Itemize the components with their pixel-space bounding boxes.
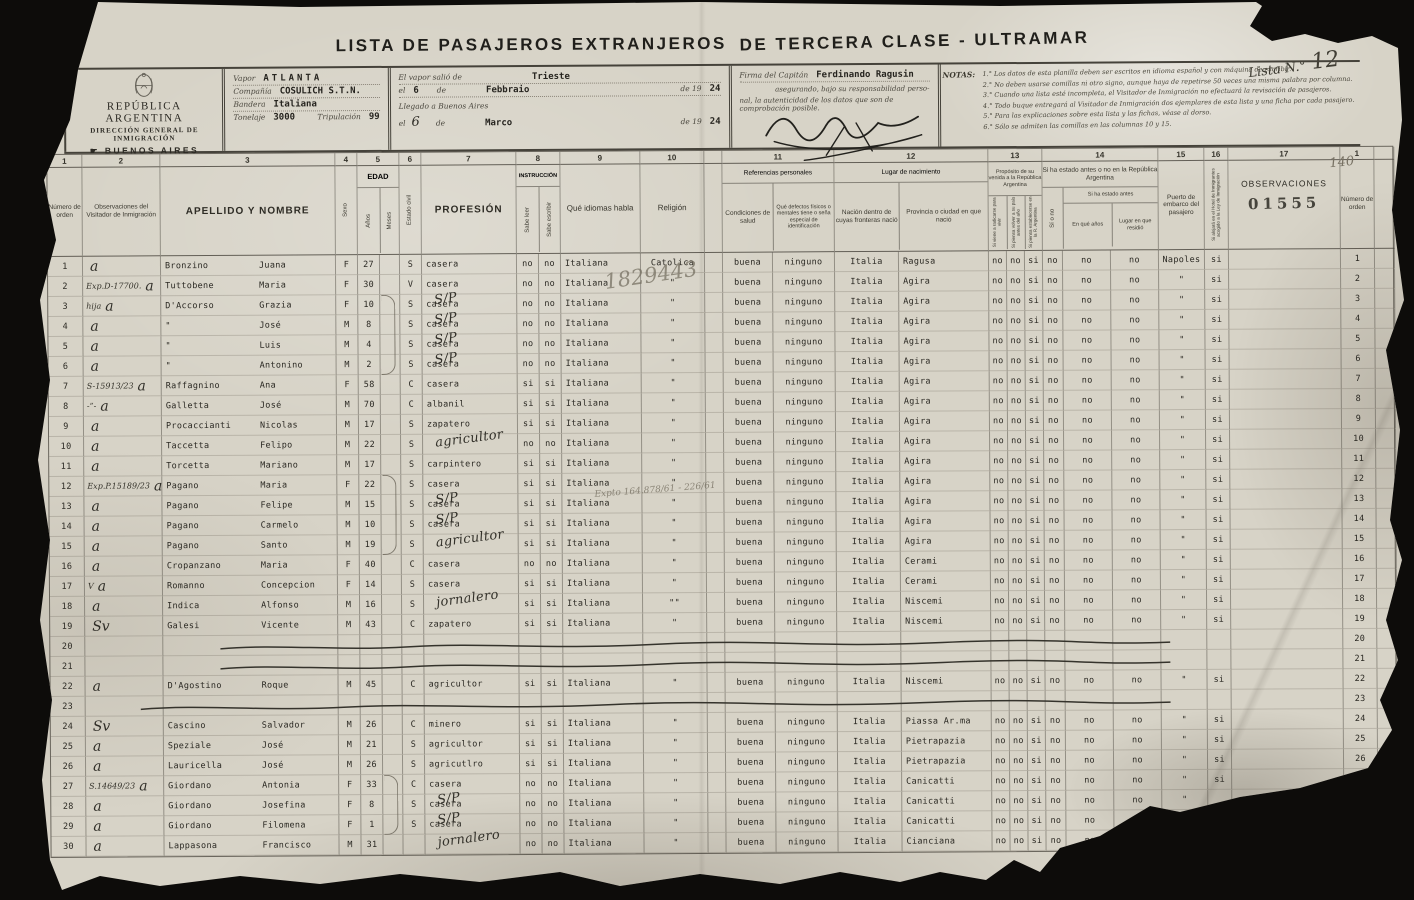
cell-observaciones-17 (1230, 409, 1342, 430)
cell-defectos: ninguno (776, 712, 838, 732)
cell-observaciones: a (86, 736, 164, 756)
cell-meses (383, 695, 403, 715)
cell-religion: " (642, 453, 706, 473)
cell-salud: buena (724, 493, 774, 513)
cell-salud: buena (724, 413, 774, 433)
cell-sexo: M (337, 495, 359, 515)
cell-observaciones: a (86, 816, 164, 836)
cell-profesion: zapatero (424, 614, 519, 635)
col-number: 9 (560, 151, 640, 164)
cell-gap (707, 613, 725, 633)
cell-row-number: 3 (48, 297, 83, 317)
cell-sexo (338, 655, 360, 675)
arrival-day: 6 (411, 115, 419, 130)
cell-sexo: F (339, 775, 361, 795)
cell-gap (707, 553, 725, 573)
cell-en-que-anos: no (1066, 770, 1114, 790)
cell-provincia (901, 651, 991, 672)
cell-nacion: Italia (837, 612, 901, 632)
cell-sabe-leer: no (517, 314, 539, 334)
col-number: 15 (1158, 148, 1204, 161)
cell-proposito-3 (1027, 651, 1045, 671)
cell-salud: buena (723, 333, 773, 353)
cell-gap (705, 253, 723, 273)
cell-defectos: ninguno (773, 272, 835, 292)
cell-salud: buena (725, 513, 775, 533)
cell-religion: " (642, 433, 706, 453)
cell-en-que-anos (1065, 650, 1113, 670)
cell-lugar-residio: no (1112, 430, 1160, 450)
cell-hotel: si (1205, 270, 1229, 290)
cell-proposito-1: no (991, 591, 1009, 611)
cell-hotel (1208, 690, 1232, 710)
cell-gap (707, 673, 725, 693)
cell-idiomas (564, 693, 644, 713)
cell-tail (1378, 769, 1398, 789)
bandera-value: Italiana (274, 99, 317, 109)
cell-proposito-1: no (991, 551, 1009, 571)
cell-anos: 14 (360, 575, 382, 595)
header-numero-orden: Número de orden (1340, 160, 1375, 249)
cell-orden (1344, 809, 1378, 829)
cell-puerto: " (1162, 710, 1208, 730)
cell-sexo: M (337, 415, 359, 435)
cell-puerto: " (1160, 430, 1206, 450)
cell-gap (708, 813, 726, 833)
cell-estado-civil: S (401, 455, 423, 475)
cell-gap (707, 573, 725, 593)
llegado-label: Llegado a Buenos Aires (399, 101, 489, 111)
cell-nacion (837, 632, 901, 652)
cell-row-number: 21 (50, 657, 85, 677)
cell-nacion: Italia (837, 572, 901, 592)
cell-nacion: Italia (838, 772, 902, 792)
cell-hotel: si (1206, 490, 1230, 510)
cell-nacion: Italia (838, 832, 902, 852)
cell-gap (706, 453, 724, 473)
cell-en-que-anos: no (1066, 730, 1114, 750)
cell-profesion: albanil (423, 394, 518, 415)
cell-proposito-2: no (1009, 611, 1027, 631)
cell-tail (1378, 729, 1398, 749)
cell-idiomas: Italiana (564, 713, 644, 733)
cell-proposito-3: si (1026, 371, 1044, 391)
cell-proposito-2: no (1010, 731, 1028, 751)
cell-defectos: ninguno (774, 412, 836, 432)
cell-gap (705, 293, 723, 313)
cell-name: D'AgostinoRoque (163, 675, 338, 696)
cell-nacion: Italia (837, 552, 901, 572)
cell-puerto: " (1160, 510, 1206, 530)
cell-hotel: si (1206, 370, 1230, 390)
cell-sabe-escribir: si (540, 454, 562, 474)
cell-sabe-leer: no (517, 334, 539, 354)
cell-row-number: 20 (50, 637, 85, 657)
header-edad: EDAD AñosMeses (357, 166, 400, 255)
cell-observaciones-17 (1231, 609, 1343, 630)
cell-proposito-3: si (1026, 391, 1044, 411)
cell-nacion: Italia (836, 412, 900, 432)
cell-hotel (1207, 650, 1231, 670)
cell-defectos: ninguno (776, 812, 838, 832)
cell-proposito-2: no (1008, 371, 1026, 391)
cell-idiomas: Italiana (563, 593, 643, 613)
cell-profesion: agricultor (424, 534, 519, 555)
cell-hotel: si (1206, 350, 1230, 370)
cell-meses (382, 615, 402, 635)
cell-observaciones: a (84, 496, 162, 516)
cell-observaciones-17 (1229, 249, 1341, 270)
cell-sabe-leer: si (519, 574, 541, 594)
cell-proposito-1 (991, 631, 1009, 651)
cell-lugar-residio: no (1112, 390, 1160, 410)
cell-observaciones-17 (1229, 329, 1341, 350)
page-title-right: DE TERCERA CLASE - ULTRAMAR (739, 28, 1089, 56)
cell-idiomas (563, 633, 643, 653)
col-number: 17 (1228, 147, 1340, 161)
cell-row-number: 11 (49, 457, 84, 477)
notas-box: NOTAS: 1.° Los datos de esta planilla de… (940, 60, 1361, 149)
cell-defectos: ninguno (774, 452, 836, 472)
cell-proposito-1: no (990, 371, 1008, 391)
cell-estado-civil: V (400, 275, 422, 295)
cell-lugar-residio (1113, 630, 1161, 650)
cell-idiomas: Italiana (561, 333, 641, 353)
cell-en-que-anos: no (1063, 250, 1111, 270)
cell-gap (708, 833, 726, 853)
page-title: LISTA DE PASAJEROS EXTRANJEROS (336, 34, 727, 56)
cell-sexo: F (336, 255, 358, 275)
cell-religion: " (642, 353, 706, 373)
cell-en-que-anos: no (1065, 530, 1113, 550)
cell-sabe-leer: si (520, 754, 542, 774)
cell-lugar-residio: no (1112, 470, 1160, 490)
cell-sexo: M (337, 395, 359, 415)
cell-religion: " (641, 293, 705, 313)
cell-salud: buena (724, 473, 774, 493)
cell-puerto: " (1161, 550, 1207, 570)
cell-estuvo-si-no (1045, 651, 1065, 671)
cell-estado-civil: S (400, 335, 422, 355)
cell-tail (1377, 649, 1397, 669)
col-number: 14 (1042, 148, 1158, 162)
cell-proposito-1: no (991, 511, 1009, 531)
cell-proposito-1: no (991, 571, 1009, 591)
cell-orden: 4 (1341, 309, 1375, 329)
cell-puerto: " (1161, 670, 1207, 690)
cell-en-que-anos: no (1064, 350, 1112, 370)
cell-observaciones-17 (1231, 549, 1343, 570)
cell-puerto (1162, 690, 1208, 710)
cell-profesion: jornalero (424, 594, 519, 615)
cell-nacion: Italia (836, 392, 900, 412)
cell-salud: buena (726, 813, 776, 833)
cell-nacion: Italia (835, 252, 899, 272)
cell-lugar-residio: no (1111, 330, 1159, 350)
cell-name: PaganoFelipe (162, 495, 337, 516)
cell-anos: 15 (359, 495, 381, 515)
cell-proposito-1: no (991, 671, 1009, 691)
cell-orden: 18 (1343, 589, 1377, 609)
cell-en-que-anos: no (1064, 490, 1112, 510)
cell-religion: " (642, 393, 706, 413)
cell-nacion: Italia (838, 812, 902, 832)
cell-hotel: si (1206, 450, 1230, 470)
cell-profesion: agricultor (425, 734, 520, 755)
cell-idiomas: Italiana (563, 613, 643, 633)
cell-anos: 17 (359, 455, 381, 475)
cell-defectos: ninguno (773, 332, 835, 352)
cell-provincia: Cerami (901, 571, 991, 592)
cell-sexo: M (339, 715, 361, 735)
cell-name: RomannoConcepcion (163, 575, 338, 596)
cell-puerto (1162, 830, 1208, 850)
cell-nacion: Italia (838, 752, 902, 772)
cell-idiomas: Italiana (561, 313, 641, 333)
cell-sabe-escribir: no (542, 774, 564, 794)
cell-estado-civil: S (402, 535, 424, 555)
cell-en-que-anos: no (1064, 470, 1112, 490)
cell-observaciones: Sv (86, 716, 164, 736)
cell-row-number: 17 (50, 577, 85, 597)
cell-observaciones: a (83, 256, 161, 276)
cell-anos: 43 (360, 615, 382, 635)
cell-sexo: F (336, 275, 358, 295)
cell-idiomas: Italiana (563, 513, 643, 533)
cell-puerto: " (1162, 790, 1208, 810)
header-religion: Religión (640, 164, 705, 253)
cell-name: ProcacciantiNicolas (162, 415, 337, 436)
cell-profesion: agricutlro (425, 754, 520, 775)
cell-provincia: Pietrapazia (902, 751, 992, 772)
cell-puerto: " (1160, 470, 1206, 490)
cell-anos: 19 (360, 535, 382, 555)
cell-defectos: ninguno (776, 732, 838, 752)
cell-nacion (838, 692, 902, 712)
cell-orden: 13 (1342, 489, 1376, 509)
cell-name: GiordanoAntonia (164, 775, 339, 796)
cell-estuvo-si-no: no (1045, 531, 1065, 551)
cell-religion: " (641, 313, 705, 333)
cell-proposito-1: no (990, 431, 1008, 451)
cell-proposito-2: no (1010, 791, 1028, 811)
cell-salud: buena (724, 393, 774, 413)
cell-estuvo-si-no: no (1043, 251, 1063, 271)
cell-sexo: M (338, 615, 360, 635)
cell-estuvo-si-no: no (1043, 331, 1063, 351)
cell-orden (1344, 829, 1378, 849)
cell-gap (707, 633, 725, 653)
cell-salud: buena (724, 453, 774, 473)
cell-provincia: Agira (900, 451, 990, 472)
cell-lugar-residio: no (1114, 730, 1162, 750)
cell-proposito-2: no (1007, 311, 1025, 331)
cell-proposito-3: si (1025, 291, 1043, 311)
cell-orden: 17 (1343, 569, 1377, 589)
cell-estuvo-si-no: no (1044, 391, 1064, 411)
cell-estado-civil: S (402, 515, 424, 535)
cell-idiomas: Italiana (561, 293, 641, 313)
cell-proposito-1: no (992, 731, 1010, 751)
cell-idiomas: Italiana (562, 453, 642, 473)
cell-proposito-2: no (1007, 331, 1025, 351)
cell-proposito-3: si (1028, 731, 1046, 751)
cell-name: PaganoMaria (162, 475, 337, 496)
cell-sabe-leer: no (519, 554, 541, 574)
cell-row-number: 28 (51, 797, 86, 817)
cell-observaciones: S.14649/23a (86, 776, 164, 796)
cell-sabe-leer: si (519, 534, 541, 554)
cell-sexo: M (336, 315, 358, 335)
cell-en-que-anos: no (1063, 310, 1111, 330)
cell-idiomas: Italiana (564, 833, 644, 853)
cell-estuvo-si-no: no (1044, 491, 1064, 511)
cell-defectos (775, 632, 837, 652)
cell-sabe-escribir: si (540, 394, 562, 414)
cell-salud: buena (723, 273, 773, 293)
cell-nacion: Italia (835, 332, 899, 352)
cell-sexo: F (336, 295, 358, 315)
cell-estado-civil: C (403, 715, 425, 735)
cell-religion: " (644, 753, 708, 773)
cell-puerto: " (1159, 310, 1205, 330)
cell-observaciones-17 (1231, 629, 1343, 650)
cell-hotel: si (1205, 250, 1229, 270)
cell-estado-civil: C (401, 395, 423, 415)
cell-estuvo-si-no: no (1046, 751, 1066, 771)
cell-profesion: minero (425, 714, 520, 735)
cell-idiomas: Italiana (564, 813, 644, 833)
cell-proposito-1: no (990, 411, 1008, 431)
cell-religion: " (643, 513, 707, 533)
cell-idiomas: Italiana (563, 553, 643, 573)
col-number: 2 (82, 154, 160, 167)
cell-orden: 25 (1344, 729, 1378, 749)
header-profesion: PROFESIÓN (421, 165, 517, 255)
cell-proposito-2: no (1009, 511, 1027, 531)
cell-estuvo-si-no: no (1044, 411, 1064, 431)
cell-proposito-2: no (1009, 531, 1027, 551)
cell-anos: 30 (358, 275, 380, 295)
cell-observaciones-17 (1232, 689, 1344, 710)
cell-puerto: " (1160, 350, 1206, 370)
cell-profesion: casera (422, 254, 517, 275)
cell-anos: 22 (359, 435, 381, 455)
cell-estado-civil: S (402, 575, 424, 595)
cell-religion: " (642, 413, 706, 433)
cell-hotel: si (1207, 550, 1231, 570)
cell-sexo: F (339, 815, 361, 835)
cell-name: TaccettaFelipo (162, 435, 337, 456)
cell-provincia: Agira (900, 371, 990, 392)
cell-hotel: si (1208, 750, 1232, 770)
cell-puerto: " (1159, 270, 1205, 290)
cell-observaciones-17 (1231, 589, 1343, 610)
bandera-label: Bandera (233, 100, 265, 109)
cell-provincia: Piassa Ar.ma (902, 711, 992, 732)
cell-row-number: 29 (51, 817, 86, 837)
cell-salud: buena (723, 313, 773, 333)
cell-observaciones: a (83, 336, 161, 356)
cell-anos: 58 (359, 375, 381, 395)
cell-meses (382, 595, 402, 615)
cell-salud: buena (725, 553, 775, 573)
cell-tail (1377, 609, 1397, 629)
cell-proposito-2: no (1008, 431, 1026, 451)
cell-en-que-anos: no (1064, 430, 1112, 450)
cell-estado-civil: S (401, 355, 423, 375)
cell-defectos: ninguno (775, 672, 837, 692)
cell-estado-civil: C (403, 775, 425, 795)
cell-anos: 10 (358, 295, 380, 315)
cell-salud: buena (725, 673, 775, 693)
cell-religion: " (644, 733, 708, 753)
cell-proposito-2: no (1008, 471, 1026, 491)
header-lugar-nacimiento: Lugar de nacimiento Nación dentro de cuy… (834, 162, 989, 252)
cell-provincia: Agira (899, 311, 989, 332)
cell-anos: 22 (359, 475, 381, 495)
cell-observaciones: a (84, 416, 162, 436)
tonelaje-value: 3000 (273, 112, 295, 122)
cell-estuvo-si-no (1045, 631, 1065, 651)
cell-religion: " (641, 333, 705, 353)
cell-puerto: " (1161, 570, 1207, 590)
cell-idiomas: Italiana (562, 373, 642, 393)
cell-lugar-residio (1114, 830, 1162, 850)
cell-tail (1378, 789, 1398, 809)
cell-observaciones-17 (1232, 729, 1344, 750)
cell-orden: 10 (1342, 429, 1376, 449)
cell-observaciones-17 (1230, 449, 1342, 470)
cell-sabe-escribir: si (540, 474, 562, 494)
cell-name: CropanzanoMaria (163, 555, 338, 576)
cell-provincia (901, 631, 991, 652)
cell-provincia: Agira (899, 331, 989, 352)
cell-sabe-leer (520, 694, 542, 714)
cell-proposito-1: no (992, 831, 1010, 851)
pencil-number-140: 140 (1329, 154, 1355, 171)
cell-nacion: Italia (836, 492, 900, 512)
cell-religion: " (644, 793, 708, 813)
cell-proposito-2: no (1007, 271, 1025, 291)
cell-tail (1375, 309, 1395, 329)
cell-estuvo-si-no: no (1045, 571, 1065, 591)
cell-sexo: M (337, 355, 359, 375)
cell-defectos: ninguno (776, 752, 838, 772)
cell-observaciones-17 (1230, 389, 1342, 410)
cell-sabe-escribir: si (541, 614, 563, 634)
cell-defectos (776, 692, 838, 712)
cell-profesion: casera (424, 554, 519, 575)
cell-defectos: ninguno (775, 512, 837, 532)
captain-box: Firma del CapitánFerdinando Ragusin aseg… (731, 65, 941, 148)
cell-sabe-leer: si (518, 394, 540, 414)
cell-tail (1377, 569, 1397, 589)
cell-observaciones-17 (1230, 429, 1342, 450)
cell-anos (360, 655, 382, 675)
cell-hotel (1208, 810, 1232, 830)
cell-observaciones-17 (1229, 289, 1341, 310)
cell-provincia: Ragusa (899, 251, 989, 272)
cell-row-number: 26 (51, 757, 86, 777)
cell-religion: " (643, 533, 707, 553)
cell-defectos: ninguno (774, 492, 836, 512)
cell-meses (381, 455, 401, 475)
cell-orden: 15 (1343, 529, 1377, 549)
cell-hotel (1207, 630, 1231, 650)
cell-proposito-3: si (1027, 591, 1045, 611)
cell-row-number: 1 (48, 257, 83, 277)
